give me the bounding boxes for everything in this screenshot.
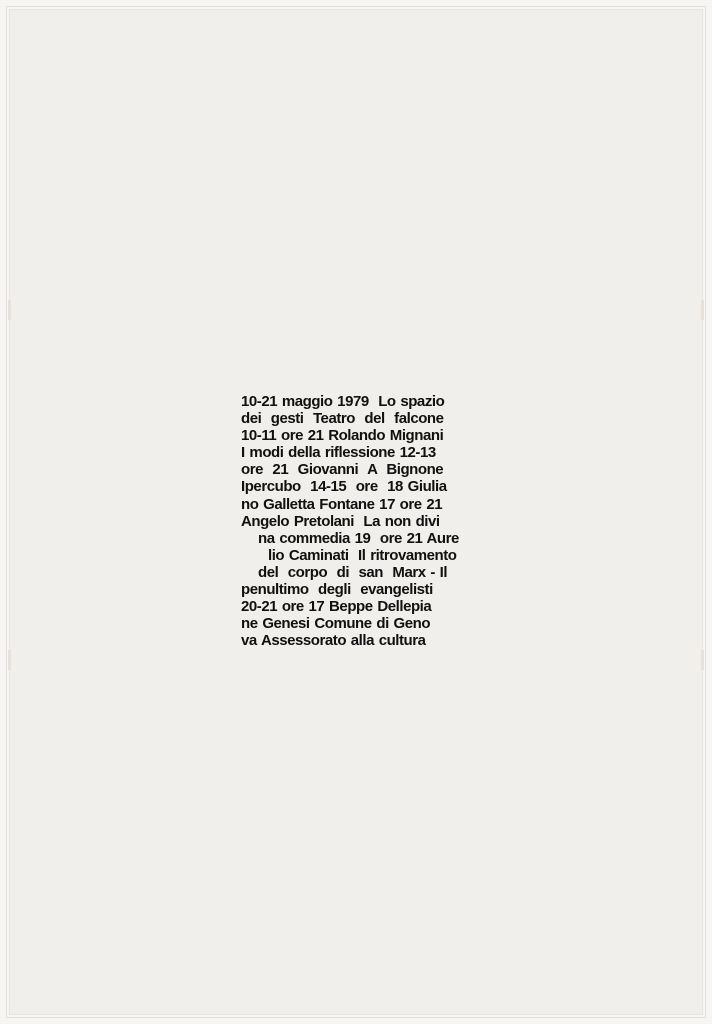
poster-line-10: lio Caminati Il ritrovamento [241,547,459,564]
poster-line-9: na commedia 19 ore 21 Aure [241,530,459,547]
poster-line-5: ore 21 Giovanni A Bignone [241,461,459,478]
poster-line-8: Angelo Pretolani La non divi [241,513,459,530]
poster-line-4: I modi della riflessione 12-13 [241,444,459,461]
paper-edge-mark-right-bottom [701,650,704,670]
paper-edge-mark-left-top [8,300,11,320]
poster-line-14: ne Genesi Comune di Geno [241,615,459,632]
paper-edge-mark-left-bottom [8,650,11,670]
poster-line-11: del corpo di san Marx - Il [241,564,459,581]
poster-line-7: no Galletta Fontane 17 ore 21 [241,496,459,513]
poster-line-12: penultimo degli evangelisti [241,581,459,598]
paper-edge-mark-right-top [701,300,704,320]
poster-line-1: 10-21 maggio 1979 Lo spazio [241,393,459,410]
poster-text-block: 10-21 maggio 1979 Lo spazio dei gesti Te… [241,393,459,649]
poster-line-15: va Assessorato alla cultura [241,632,459,649]
poster-line-6: Ipercubo 14-15 ore 18 Giulia [241,478,459,495]
poster-line-3: 10-11 ore 21 Rolando Mignani [241,427,459,444]
poster-line-13: 20-21 ore 17 Beppe Dellepia [241,598,459,615]
poster-line-2: dei gesti Teatro del falcone [241,410,459,427]
